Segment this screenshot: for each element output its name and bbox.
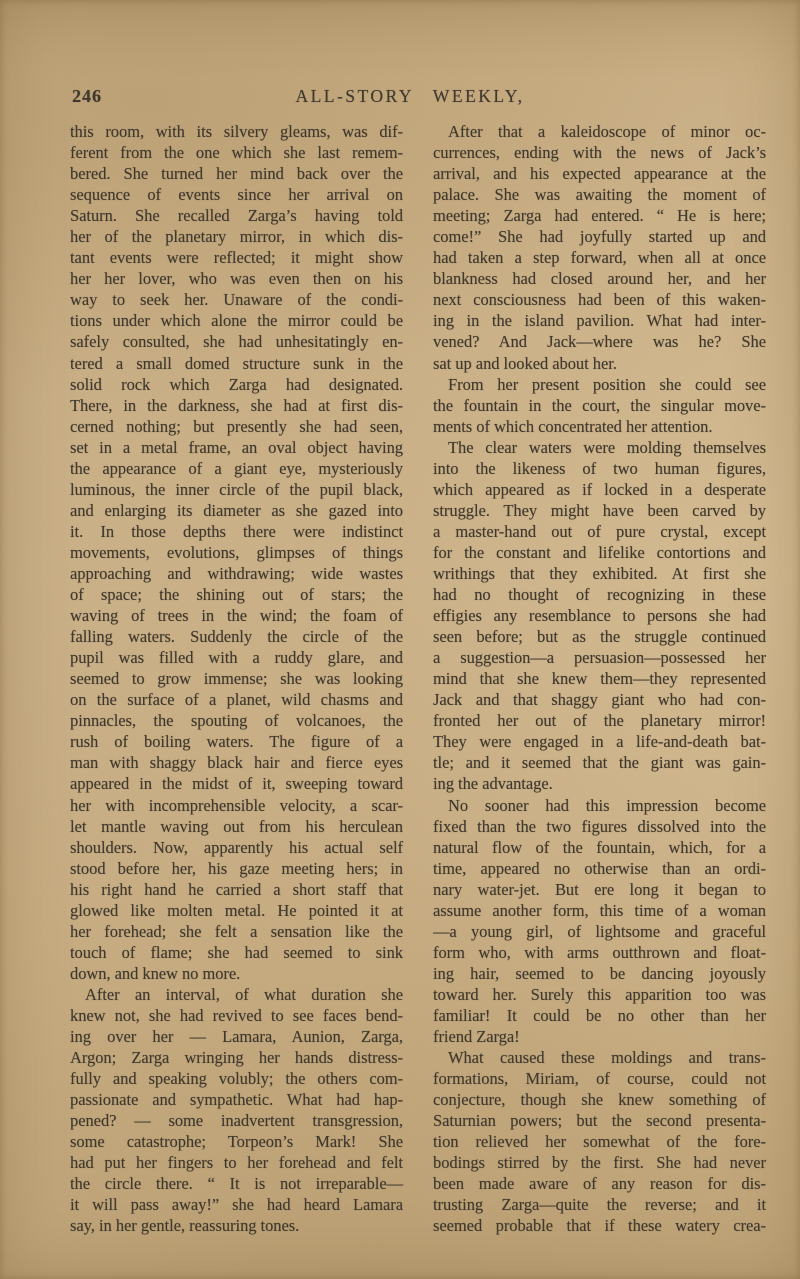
text-line: a suggestion—a persuasion—possessed her — [433, 647, 766, 668]
text-line: appeared in the midst of it, sweeping to… — [70, 773, 403, 794]
text-line: movements, evolutions, glimpses of thing… — [70, 542, 403, 563]
text-line: seemed probable that if these watery cre… — [433, 1215, 766, 1236]
text-line: her of the planetary mirror, in which di… — [70, 226, 403, 247]
text-line: pupil was filled with a ruddy glare, and — [70, 647, 403, 668]
text-line: tion relieved her somewhat of the fore- — [433, 1131, 766, 1152]
text-line: assume another form, this time of a woma… — [433, 900, 766, 921]
text-line: pened? — some inadvertent transgression, — [70, 1110, 403, 1131]
text-line: bered. She turned her mind back over the — [70, 163, 403, 184]
text-line: familiar! It could be no other than her — [433, 1005, 766, 1026]
text-line: the circle there. “ It is not irreparabl… — [70, 1173, 403, 1194]
text-line: cerned nothing; but presently she had se… — [70, 416, 403, 437]
text-line: fixed than the two figures dissolved int… — [433, 816, 766, 837]
text-line: ferent from the one which she last remem… — [70, 142, 403, 163]
right-column: After that a kaleidoscope of minor oc-cu… — [433, 121, 766, 1236]
text-line: From her present position she could see — [433, 374, 766, 395]
text-line: fully and speaking volubly; the others c… — [70, 1068, 403, 1089]
text-line: They were engaged in a life-and-death ba… — [433, 731, 766, 752]
text-line: ing over her — Lamara, Aunion, Zarga, — [70, 1026, 403, 1047]
text-line: next consciousness had been of this wake… — [433, 289, 766, 310]
text-line: After that a kaleidoscope of minor oc- — [433, 121, 766, 142]
text-line: touch of flame; she had seemed to sink — [70, 942, 403, 963]
text-line: knew not, she had revived to see faces b… — [70, 1005, 403, 1026]
text-line: for the constant and lifelike contortion… — [433, 542, 766, 563]
text-line: friend Zarga! — [433, 1026, 766, 1047]
text-line: sat up and looked about her. — [433, 353, 766, 374]
text-line: solid rock which Zarga had designated. — [70, 374, 403, 395]
page-title: ALL-STORY WEEKLY, — [70, 86, 750, 107]
text-line: way to seek her. Unaware of the condi- — [70, 289, 403, 310]
running-header: 246 ALL-STORY WEEKLY, — [70, 86, 766, 108]
body-text: this room, with its silvery gleams, was … — [70, 121, 766, 1236]
text-line: had put her fingers to her forehead and … — [70, 1152, 403, 1173]
text-line: After an interval, of what duration she — [70, 984, 403, 1005]
text-line: of space; the shining out of stars; the — [70, 584, 403, 605]
text-line: luminous, the inner circle of the pupil … — [70, 479, 403, 500]
text-line: had taken a step forward, when all at on… — [433, 247, 766, 268]
text-line: man with shaggy black hair and fierce ey… — [70, 752, 403, 773]
text-line: ments of which concentrated her attentio… — [433, 416, 766, 437]
text-line: safely consulted, she had unhesitatingly… — [70, 331, 403, 352]
text-line: natural flow of the fountain, which, for… — [433, 837, 766, 858]
text-line: tant events were reflected; it might sho… — [70, 247, 403, 268]
text-line: arrival, and his expected appearance at … — [433, 163, 766, 184]
text-line: conjecture, though she knew something of — [433, 1089, 766, 1110]
text-line: form who, with arms outthrown and float- — [433, 942, 766, 963]
text-line: —a young girl, of lightsome and graceful — [433, 921, 766, 942]
text-line: toward her. Surely this apparition too w… — [433, 984, 766, 1005]
text-line: set in a metal frame, an oval object hav… — [70, 437, 403, 458]
text-line: approaching and withdrawing; wide wastes — [70, 563, 403, 584]
text-line: What caused these moldings and trans- — [433, 1047, 766, 1068]
text-line: Jack and that shaggy giant who had con- — [433, 689, 766, 710]
text-line: it. In those depths there were indistinc… — [70, 521, 403, 542]
text-line: his right hand he carried a short staff … — [70, 879, 403, 900]
left-column: this room, with its silvery gleams, was … — [70, 121, 403, 1236]
text-line: seen before; but as the struggle continu… — [433, 626, 766, 647]
text-line: No sooner had this impression become — [433, 795, 766, 816]
text-line: glowed like molten metal. He pointed it … — [70, 900, 403, 921]
text-line: been made aware of any reason for dis- — [433, 1173, 766, 1194]
text-line: had no thought of recognizing in these — [433, 584, 766, 605]
text-line: her her lover, who was even then on his — [70, 268, 403, 289]
text-line: her forehead; she felt a sensation like … — [70, 921, 403, 942]
text-line: some catastrophe; Torpeon’s Mark! She — [70, 1131, 403, 1152]
text-line: it will pass away!” she had heard Lamara — [70, 1194, 403, 1215]
text-line: this room, with its silvery gleams, was … — [70, 121, 403, 142]
text-line: effigies any resemblance to persons she … — [433, 605, 766, 626]
text-line: rush of boiling waters. The figure of a — [70, 731, 403, 752]
text-line: shoulders. Now, apparently his actual se… — [70, 837, 403, 858]
text-line: fronted her out of the planetary mirror! — [433, 710, 766, 731]
text-line: currences, ending with the news of Jack’… — [433, 142, 766, 163]
text-line: writhings that they exhibited. At first … — [433, 563, 766, 584]
text-line: a master-hand out of pure crystal, excep… — [433, 521, 766, 542]
text-line: bodings stirred by the first. She had ne… — [433, 1152, 766, 1173]
text-line: sequence of events since her arrival on — [70, 184, 403, 205]
magazine-page: 246 ALL-STORY WEEKLY, this room, with it… — [0, 0, 800, 1279]
text-line: come!” She had joyfully started up and — [433, 226, 766, 247]
text-line: tered a small domed structure sunk in th… — [70, 353, 403, 374]
text-line: ing in the island pavilion. What had int… — [433, 310, 766, 331]
text-line: which appeared as if locked in a despera… — [433, 479, 766, 500]
text-line: formations, Miriam, of course, could not — [433, 1068, 766, 1089]
text-line: time, appeared no otherwise than an ordi… — [433, 858, 766, 879]
text-line: into the likeness of two human figures, — [433, 458, 766, 479]
text-line: blankness had closed around her, and her — [433, 268, 766, 289]
text-line: the fountain in the court, the singular … — [433, 395, 766, 416]
text-line: There, in the darkness, she had at first… — [70, 395, 403, 416]
text-line: Saturnian powers; but the second present… — [433, 1110, 766, 1131]
text-line: seemed to grow immense; she was looking — [70, 668, 403, 689]
text-line: nary water-jet. But ere long it began to — [433, 879, 766, 900]
text-line: passionate and sympathetic. What had hap… — [70, 1089, 403, 1110]
text-line: on the surface of a planet, wild chasms … — [70, 689, 403, 710]
text-line: pinnacles, the spouting of volcanoes, th… — [70, 710, 403, 731]
text-line: down, and knew no more. — [70, 963, 403, 984]
text-line: waving of trees in the wind; the foam of — [70, 605, 403, 626]
text-line: her with incomprehensible velocity, a sc… — [70, 795, 403, 816]
text-line: Argon; Zarga wringing her hands distress… — [70, 1047, 403, 1068]
text-line: falling waters. Suddenly the circle of t… — [70, 626, 403, 647]
text-line: the appearance of a giant eye, mysteriou… — [70, 458, 403, 479]
text-line: stood before her, his gaze meeting hers;… — [70, 858, 403, 879]
text-line: tions under which alone the mirror could… — [70, 310, 403, 331]
text-line: ing the advantage. — [433, 773, 766, 794]
text-line: say, in her gentle, reassuring tones. — [70, 1215, 403, 1236]
text-line: Saturn. She recalled Zarga’s having told — [70, 205, 403, 226]
text-line: let mantle waving out from his herculean — [70, 816, 403, 837]
text-line: struggle. They might have been carved by — [433, 500, 766, 521]
text-line: vened? And Jack—where was he? She — [433, 331, 766, 352]
text-line: ing hair, seemed to be dancing joyously — [433, 963, 766, 984]
text-line: tle; and it seemed that the giant was ga… — [433, 752, 766, 773]
text-line: and enlarging its diameter as she gazed … — [70, 500, 403, 521]
text-line: meeting; Zarga had entered. “ He is here… — [433, 205, 766, 226]
text-line: palace. She was awaiting the moment of — [433, 184, 766, 205]
text-line: mind that she knew them—they represented — [433, 668, 766, 689]
text-line: The clear waters were molding themselves — [433, 437, 766, 458]
text-line: trusting Zarga—quite the reverse; and it — [433, 1194, 766, 1215]
